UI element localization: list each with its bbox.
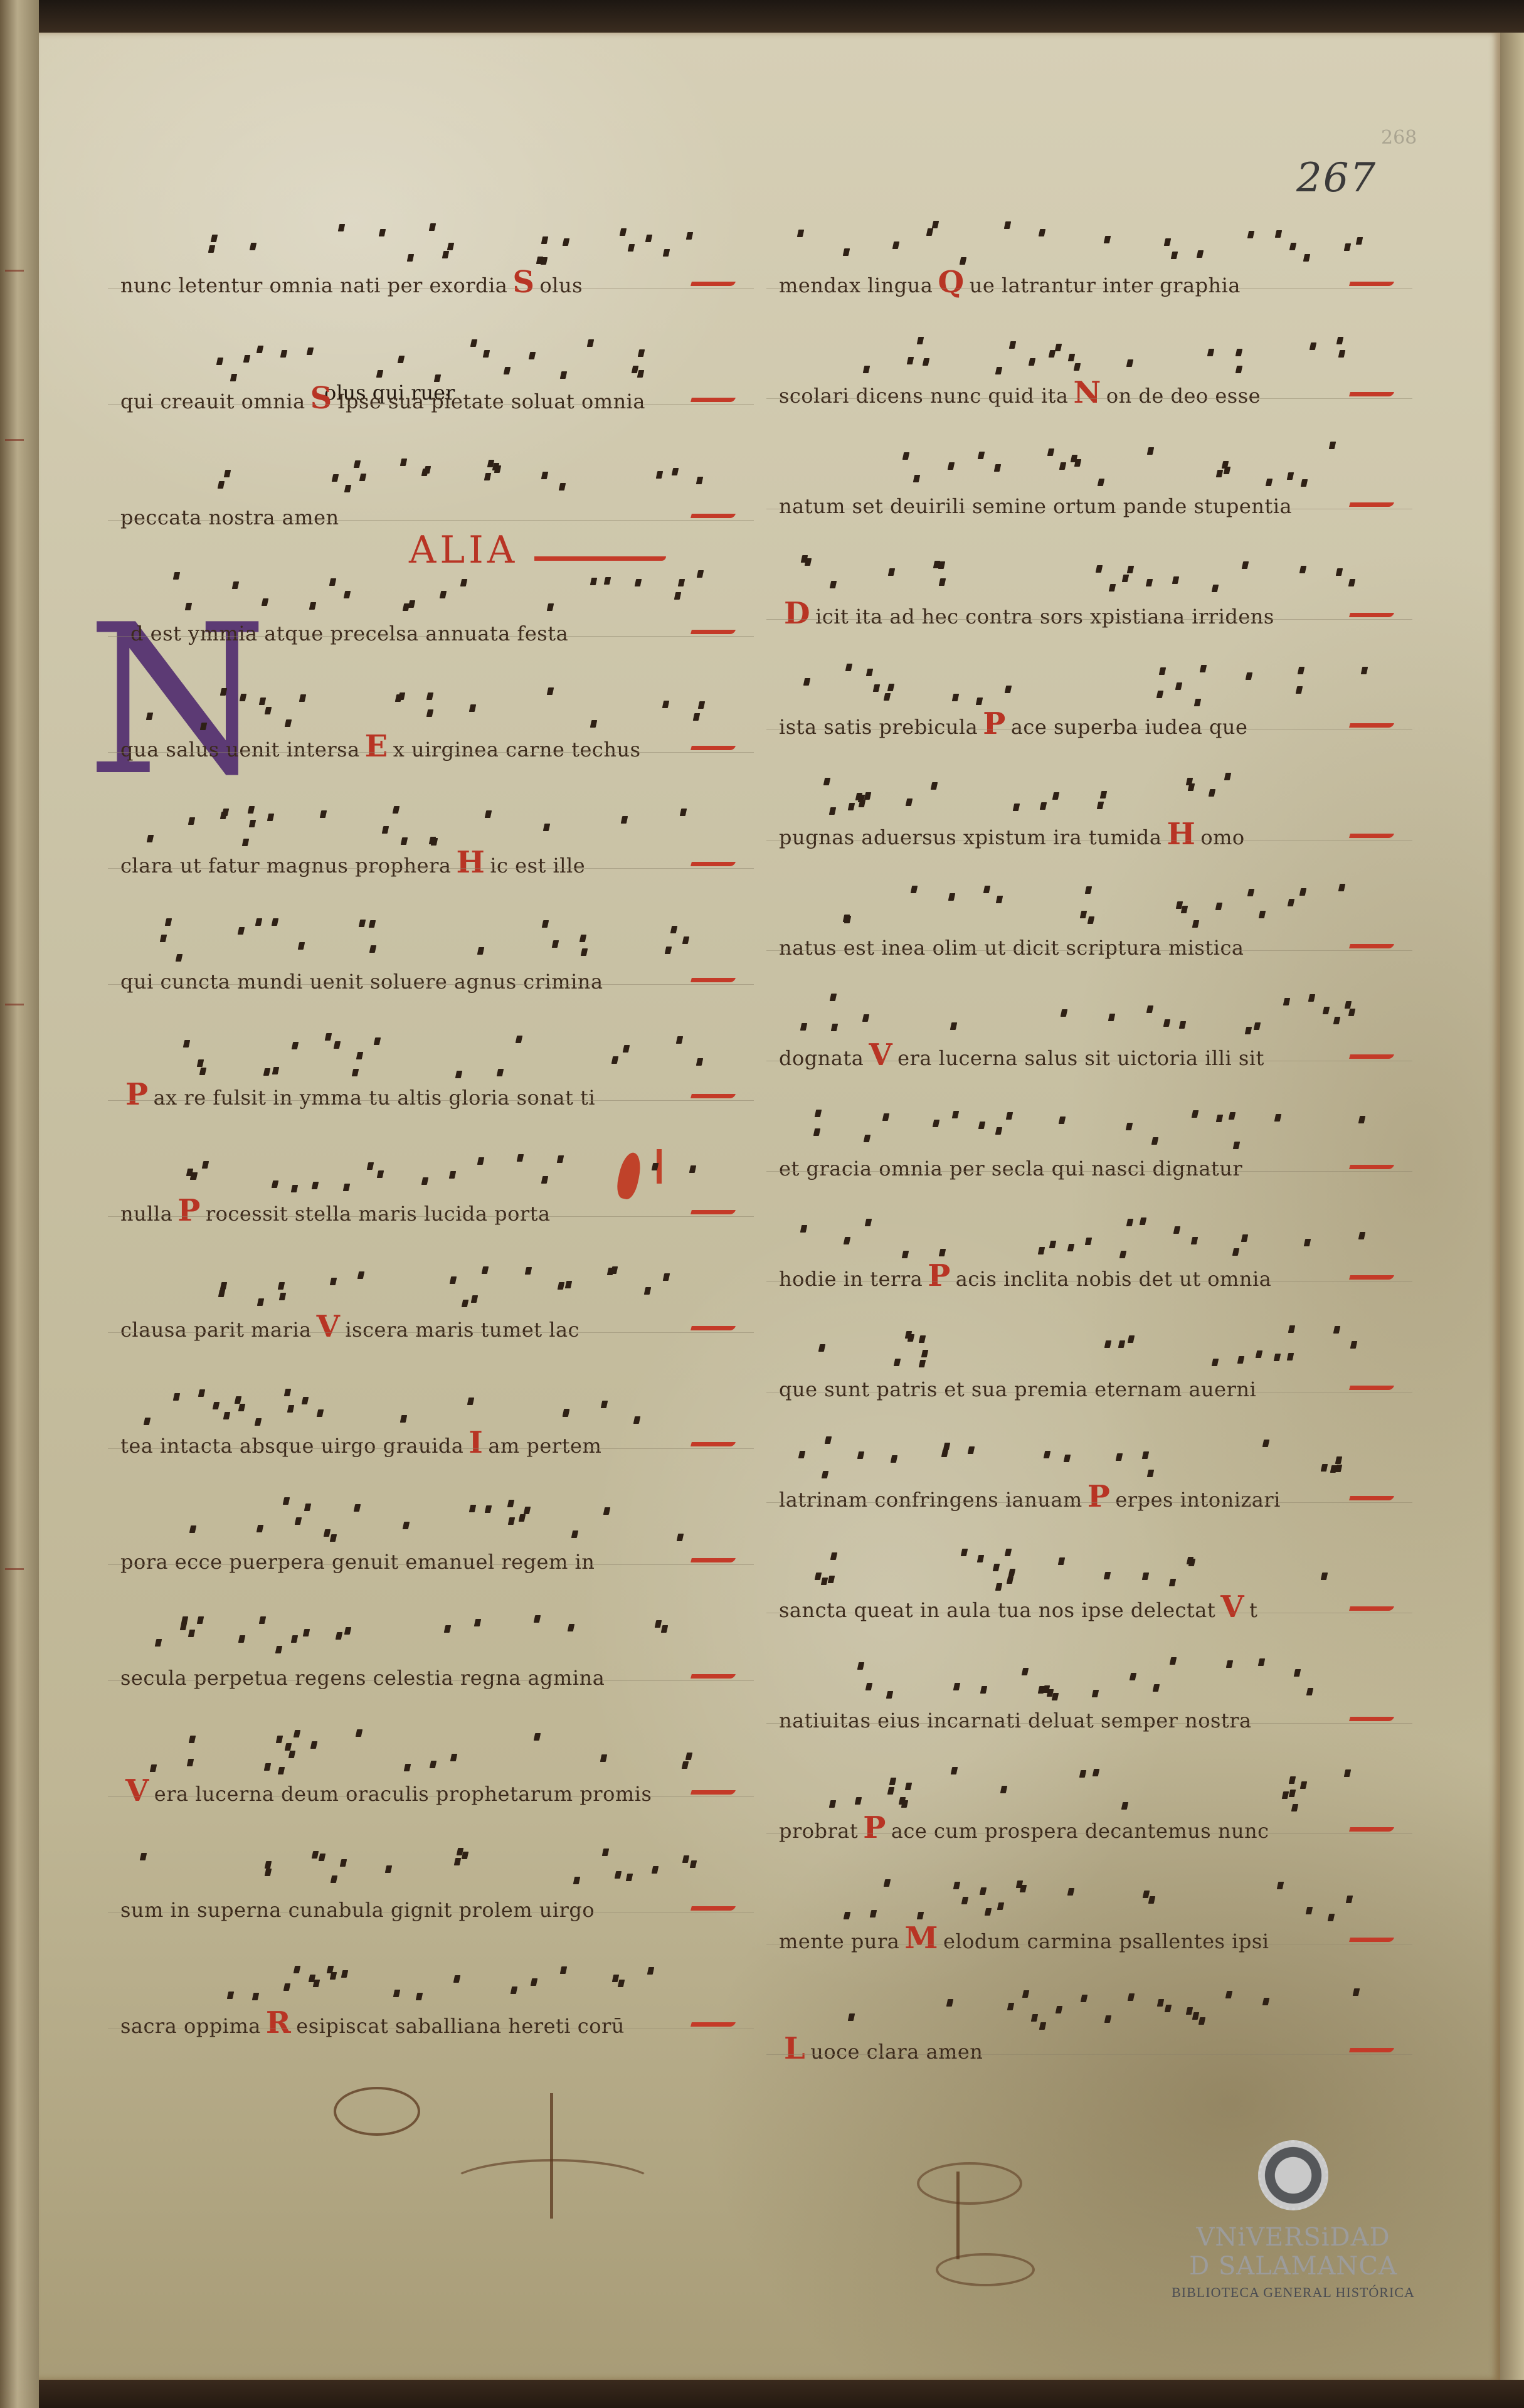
neume-notation <box>798 1546 1387 1589</box>
adjacent-page-edge <box>0 0 39 2408</box>
lyric-pre: nulla <box>120 1202 172 1226</box>
lyric-post: iscera maris tumet lac <box>345 1318 579 1342</box>
neume-notation <box>139 337 729 381</box>
text-line: qui creauit omniaSIpse sua pietate solua… <box>120 331 748 406</box>
text-line: hodie in terraPacis inclita nobis det ut… <box>779 1208 1406 1283</box>
ruling-line <box>766 288 1412 289</box>
neume-notation <box>798 1656 1387 1700</box>
lyric-text: hodie in terraPacis inclita nobis det ut… <box>779 1258 1271 1283</box>
text-line: d est ymmia atque precelsa annuata festa <box>120 563 748 638</box>
line-end-rubric <box>691 1326 736 1330</box>
lyric-text: probratPace cum prospera decantemus nunc <box>779 1810 1269 1835</box>
neume-notation <box>139 1961 729 2005</box>
ruling-line <box>766 1944 1412 1944</box>
line-end-rubric <box>691 1558 736 1562</box>
ruling-line <box>108 636 754 637</box>
lyric-pre: qui cuncta mundi uenit soluere agnus cri… <box>120 970 603 994</box>
text-line: mente puraMelodum carmina psallentes ips… <box>779 1870 1406 1946</box>
text-line: que sunt patris et sua premia eternam au… <box>779 1318 1406 1394</box>
text-line: probratPace cum prospera decantemus nunc <box>779 1760 1406 1835</box>
text-line: ista satis prebiculaPace superba iudea q… <box>779 656 1406 731</box>
text-line: latrinam confringens ianuamPerpes intoni… <box>779 1429 1406 1504</box>
text-line: peccata nostra amen <box>120 447 748 522</box>
folio-number: 267 <box>1296 155 1377 201</box>
line-end-rubric <box>1349 1165 1394 1169</box>
rubric-initial: L <box>784 2031 805 2066</box>
lyric-text: secula perpetua regens celestia regna ag… <box>120 1657 615 1682</box>
line-end-rubric <box>1349 834 1394 838</box>
lyric-post: ic est ille <box>490 854 585 878</box>
lyric-post: am pertem <box>488 1434 601 1458</box>
neume-notation <box>139 1033 729 1077</box>
line-end-rubric <box>1349 502 1394 507</box>
line-end-rubric <box>1349 1717 1394 1721</box>
ruling-line <box>766 1061 1412 1061</box>
ruling-line <box>108 1448 754 1449</box>
neume-notation <box>139 1845 729 1889</box>
neume-notation <box>139 1149 729 1193</box>
neume-notation <box>798 1766 1387 1810</box>
pen-doodle <box>936 2253 1035 2286</box>
text-line: clara ut fatur magnus propheraHic est il… <box>120 795 748 870</box>
ruling-line <box>108 1100 754 1101</box>
lyric-post: on de deo esse <box>1106 384 1261 408</box>
lyric-pre: qui creauit omnia <box>120 390 305 413</box>
lyric-pre: qua salus uenit intersa <box>120 738 360 761</box>
lyric-text: mendax linguaQue latrantur inter graphia <box>779 265 1241 290</box>
rubric-initial: S <box>512 265 534 300</box>
neume-notation <box>798 773 1387 817</box>
text-line: Pax re fulsit in ymma tu altis gloria so… <box>120 1027 748 1102</box>
lyric-text: natiuitas eius incarnati deluat semper n… <box>779 1700 1262 1725</box>
rubric-initial: P <box>177 1193 201 1228</box>
rubric-line <box>534 556 666 561</box>
text-line: scolari dicens nunc quid itaNon de deo e… <box>779 325 1406 400</box>
watermark-line1: VNiVERSiDAD <box>1162 2223 1425 2252</box>
lyric-pre: natiuitas eius incarnati deluat semper n… <box>779 1709 1252 1732</box>
rubric-initial: S <box>310 381 332 416</box>
lyric-post: rocessit stella maris lucida porta <box>206 1202 551 1226</box>
text-line: qua salus uenit intersaEx uirginea carne… <box>120 679 748 754</box>
neume-notation <box>798 1987 1387 2031</box>
neume-notation <box>139 1497 729 1541</box>
page-edge-right <box>1500 33 1524 2380</box>
line-end-rubric <box>1349 1275 1394 1280</box>
lyric-text: natum set deuirili semine ortum pande st… <box>779 485 1302 511</box>
neume-notation <box>139 685 729 729</box>
text-line: pugnas aduersus xpistum ira tumidaHomo <box>779 766 1406 842</box>
lyric-text: et gracia omnia per secla qui nasci dign… <box>779 1148 1252 1173</box>
ruling-line <box>108 984 754 985</box>
rubric-initial: P <box>983 706 1006 741</box>
rubric-initial: V <box>1220 1589 1244 1625</box>
rubric-initial: I <box>468 1425 483 1460</box>
lyric-text: tea intacta absque uirgo grauidaIam pert… <box>120 1425 601 1450</box>
line-end-rubric <box>1349 392 1394 396</box>
pen-doodle <box>334 2087 420 2136</box>
text-line: sancta queat in aula tua nos ipse delect… <box>779 1539 1406 1615</box>
neume-notation <box>798 221 1387 265</box>
lyric-pre: tea intacta absque uirgo grauida <box>120 1434 463 1458</box>
ruling-line <box>108 1796 754 1797</box>
rubric-initial: H <box>1167 817 1195 852</box>
neume-notation <box>798 552 1387 596</box>
lyric-pre: sacra oppima <box>120 2014 261 2038</box>
lyric-post: ue latrantur inter graphia <box>970 273 1241 297</box>
text-line: Dicit ita ad hec contra sors xpistiana i… <box>779 546 1406 621</box>
ruling-line <box>108 2029 754 2029</box>
lyric-text: ista satis prebiculaPace superba iudea q… <box>779 706 1247 731</box>
lyric-pre: sum in superna cunabula gignit prolem ui… <box>120 1898 595 1922</box>
line-end-rubric <box>691 282 736 286</box>
ruling-line <box>108 868 754 869</box>
ruling-line <box>108 1912 754 1913</box>
neume-notation <box>798 442 1387 485</box>
line-end-rubric <box>1349 282 1394 286</box>
lyric-pre: clara ut fatur magnus prophera <box>120 854 451 878</box>
university-seal-icon <box>1258 2140 1328 2210</box>
line-end-rubric <box>691 1906 736 1911</box>
ruling-line <box>108 404 754 405</box>
lyric-pre: pora ecce puerpera genuit emanuel regem … <box>120 1550 595 1574</box>
line-end-rubric <box>691 978 736 982</box>
lyric-text: Luoce clara amen <box>779 2031 983 2056</box>
lyric-pre: ista satis prebicula <box>779 715 978 739</box>
line-end-rubric <box>1349 1054 1394 1059</box>
lyric-pre: natus est inea olim ut dicit scriptura m… <box>779 936 1244 960</box>
text-line: et gracia omnia per secla qui nasci dign… <box>779 1098 1406 1173</box>
ruling-line <box>766 398 1412 399</box>
line-end-rubric <box>691 1674 736 1679</box>
lyric-pre: sancta queat in aula tua nos ipse delect… <box>779 1598 1215 1622</box>
neume-notation <box>139 801 729 845</box>
lyric-text: clausa parit mariaViscera maris tumet la… <box>120 1309 579 1334</box>
lyric-text: sacra oppimaResipiscat saballiana hereti… <box>120 2005 625 2030</box>
ruling-line <box>766 1171 1412 1172</box>
library-watermark: VNiVERSiDAD D SALAMANCA BIBLIOTECA GENER… <box>1162 2140 1425 2301</box>
lyric-post: esipiscat saballiana hereti corū <box>296 2014 625 2038</box>
rubric-initial: V <box>317 1309 341 1344</box>
lyric-post: era lucerna deum oraculis prophetarum pr… <box>154 1782 652 1806</box>
pen-doodle <box>956 2172 960 2259</box>
line-end-rubric <box>1349 1938 1394 1942</box>
text-line: secula perpetua regens celestia regna ag… <box>120 1607 748 1682</box>
neume-notation <box>798 1325 1387 1369</box>
lyric-post: omo <box>1200 825 1244 849</box>
lyric-pre: natum set deuirili semine ortum pande st… <box>779 494 1292 518</box>
neume-notation <box>139 917 729 961</box>
lyric-text: que sunt patris et sua premia eternam au… <box>779 1369 1266 1394</box>
lyric-text: scolari dicens nunc quid itaNon de deo e… <box>779 375 1261 400</box>
line-end-rubric <box>1349 723 1394 728</box>
lyric-post: x uirginea carne techus <box>393 738 641 761</box>
neume-notation <box>139 569 729 613</box>
text-line: sum in superna cunabula gignit prolem ui… <box>120 1839 748 1914</box>
rubric-initial: D <box>784 596 810 631</box>
rubric-initial: H <box>456 845 485 880</box>
line-end-rubric <box>1349 944 1394 948</box>
lyric-pre: dognata <box>779 1046 864 1070</box>
neume-notation <box>798 1435 1387 1479</box>
ruling-line <box>766 1833 1412 1834</box>
lyric-text: qui cuncta mundi uenit soluere agnus cri… <box>120 961 613 986</box>
lyric-text: pora ecce puerpera genuit emanuel regem … <box>120 1541 605 1566</box>
folio-number-old: 268 <box>1381 127 1417 149</box>
ruling-line <box>108 1564 754 1565</box>
rubric-initial: N <box>1073 375 1101 410</box>
lyric-pre: mendax lingua <box>779 273 933 297</box>
neume-notation <box>139 1265 729 1309</box>
text-line: pora ecce puerpera genuit emanuel regem … <box>120 1491 748 1566</box>
text-line: tea intacta absque uirgo grauidaIam pert… <box>120 1375 748 1450</box>
line-end-rubric <box>1349 1386 1394 1390</box>
line-end-rubric <box>1349 613 1394 617</box>
text-line: natus est inea olim ut dicit scriptura m… <box>779 877 1406 952</box>
lyric-pre: mente pura <box>779 1929 899 1953</box>
line-end-rubric <box>1349 1496 1394 1500</box>
binding-top <box>39 0 1524 33</box>
ruling-line <box>108 1216 754 1217</box>
lyric-pre: peccata nostra amen <box>120 506 339 529</box>
ruling-line <box>766 1723 1412 1724</box>
ruling-line <box>766 2054 1412 2055</box>
ruling-line <box>108 520 754 521</box>
lyric-post: era lucerna salus sit uictoria illi sit <box>897 1046 1264 1070</box>
lyric-pre: nunc letentur omnia nati per exordia <box>120 273 507 297</box>
ruling-line <box>766 840 1412 841</box>
lyric-pre: latrinam confringens ianuam <box>779 1488 1082 1512</box>
lyric-text: d est ymmia atque precelsa annuata festa <box>120 613 568 638</box>
pen-doodle <box>550 2093 553 2219</box>
neume-notation <box>139 1381 729 1425</box>
lyric-post: uoce clara amen <box>810 2040 983 2064</box>
rubric-initial: V <box>125 1773 149 1808</box>
lyric-text: Vera lucerna deum oraculis prophetarum p… <box>120 1773 652 1798</box>
text-line: nunc letentur omnia nati per exordiaSolu… <box>120 215 748 290</box>
binding-bottom <box>39 2380 1524 2408</box>
lyric-text: latrinam confringens ianuamPerpes intoni… <box>779 1479 1281 1504</box>
text-line: natum set deuirili semine ortum pande st… <box>779 435 1406 511</box>
lyric-text: mente puraMelodum carmina psallentes ips… <box>779 1921 1269 1946</box>
text-line: Luoce clara amen <box>779 1981 1406 2056</box>
line-end-rubric <box>691 1442 736 1446</box>
ruling-line <box>108 1680 754 1681</box>
lyric-text: dognataVera lucerna salus sit uictoria i… <box>779 1037 1264 1063</box>
lyric-post: olus <box>540 273 583 297</box>
rubric-initial: P <box>863 1810 886 1845</box>
lyric-post: d est ymmia atque precelsa annuata festa <box>130 622 568 645</box>
rubric-initial: V <box>869 1037 892 1073</box>
lyric-post: Ipse sua pietate soluat omnia <box>337 390 645 413</box>
text-line: clausa parit mariaViscera maris tumet la… <box>120 1259 748 1334</box>
lyric-pre: pugnas aduersus xpistum ira tumida <box>779 825 1162 849</box>
lyric-pre: secula perpetua regens celestia regna ag… <box>120 1666 605 1690</box>
lyric-text: Dicit ita ad hec contra sors xpistiana i… <box>779 596 1274 621</box>
text-line: nullaProcessit stella maris lucida porta <box>120 1143 748 1218</box>
ruling-line <box>766 619 1412 620</box>
lyric-text: sancta queat in aula tua nos ipse delect… <box>779 1589 1257 1615</box>
lyric-post: ax re fulsit in ymma tu altis gloria son… <box>154 1086 596 1110</box>
lyric-text: qua salus uenit intersaEx uirginea carne… <box>120 729 640 754</box>
text-line: qui cuncta mundi uenit soluere agnus cri… <box>120 911 748 986</box>
rubric-initial: P <box>1087 1479 1111 1514</box>
lyric-post: ace superba iudea que <box>1011 715 1248 739</box>
neume-notation <box>139 1613 729 1657</box>
neume-notation <box>798 331 1387 375</box>
lyric-text: natus est inea olim ut dicit scriptura m… <box>779 927 1254 952</box>
lyric-pre: scolari dicens nunc quid ita <box>779 384 1068 408</box>
lyric-pre: clausa parit maria <box>120 1318 312 1342</box>
rubric-initial: P <box>125 1077 149 1112</box>
rubric-initial: R <box>266 2005 291 2040</box>
line-end-rubric <box>691 746 736 750</box>
line-end-rubric <box>691 1210 736 1214</box>
neume-notation <box>798 1104 1387 1148</box>
neume-notation <box>798 662 1387 706</box>
lyric-post: ace cum prospera decantemus nunc <box>891 1819 1269 1843</box>
line-end-rubric <box>691 1094 736 1098</box>
lyric-text: qui creauit omniaSIpse sua pietate solua… <box>120 381 645 406</box>
parchment-leaf: 268 267 N olus qui ruer ALIA nunc letent… <box>39 33 1500 2380</box>
lyric-post: acis inclita nobis det ut omnia <box>956 1267 1271 1291</box>
line-end-rubric <box>691 514 736 518</box>
neume-notation <box>139 221 729 265</box>
lyric-text: sum in superna cunabula gignit prolem ui… <box>120 1889 605 1914</box>
ruling-line <box>108 752 754 753</box>
ruling-line <box>766 950 1412 951</box>
lyric-pre: et gracia omnia per secla qui nasci dign… <box>779 1157 1242 1180</box>
neume-notation <box>798 1214 1387 1258</box>
line-end-rubric <box>691 630 736 634</box>
lyric-pre: que sunt patris et sua premia eternam au… <box>779 1377 1256 1401</box>
watermark-line2: D SALAMANCA <box>1162 2252 1425 2281</box>
watermark-library: BIBLIOTECA GENERAL HISTÓRICA <box>1162 2284 1425 2301</box>
lyric-text: nullaProcessit stella maris lucida porta <box>120 1193 551 1218</box>
ruling-line <box>766 1613 1412 1613</box>
lyric-text: clara ut fatur magnus propheraHic est il… <box>120 845 585 870</box>
lyric-post: t <box>1249 1598 1257 1622</box>
line-end-rubric <box>691 398 736 402</box>
ruling-line <box>766 729 1412 730</box>
text-line: dognataVera lucerna salus sit uictoria i… <box>779 987 1406 1063</box>
text-line: sacra oppimaResipiscat saballiana hereti… <box>120 1955 748 2030</box>
text-line: mendax linguaQue latrantur inter graphia <box>779 215 1406 290</box>
lyric-text: pugnas aduersus xpistum ira tumidaHomo <box>779 817 1245 842</box>
line-end-rubric <box>1349 1606 1394 1611</box>
lyric-post: icit ita ad hec contra sors xpistiana ir… <box>815 605 1274 629</box>
lyric-post: elodum carmina psallentes ipsi <box>943 1929 1269 1953</box>
line-end-rubric <box>1349 2048 1394 2052</box>
line-end-rubric <box>691 2022 736 2027</box>
pen-doodle <box>917 2162 1022 2205</box>
text-line: Vera lucerna deum oraculis prophetarum p… <box>120 1723 748 1798</box>
lyric-pre: hodie in terra <box>779 1267 923 1291</box>
ruling-line <box>766 1281 1412 1282</box>
neume-notation <box>798 883 1387 927</box>
lyric-text: peccata nostra amen <box>120 497 349 522</box>
neume-notation <box>798 994 1387 1037</box>
neume-notation <box>798 1877 1387 1921</box>
rubric-initial: P <box>928 1258 951 1293</box>
lyric-text: Pax re fulsit in ymma tu altis gloria so… <box>120 1077 595 1102</box>
neume-notation <box>139 453 729 497</box>
ruling-line <box>766 1502 1412 1503</box>
rubric-initial: Q <box>938 265 964 300</box>
lyric-pre: probrat <box>779 1819 858 1843</box>
rubric-initial: E <box>365 729 388 764</box>
rubric-initial: M <box>904 1921 938 1956</box>
line-end-rubric <box>691 1790 736 1795</box>
line-end-rubric <box>1349 1827 1394 1832</box>
ruling-line <box>108 1332 754 1333</box>
ruling-line <box>766 1392 1412 1392</box>
text-line: natiuitas eius incarnati deluat semper n… <box>779 1650 1406 1725</box>
ruling-line <box>108 288 754 289</box>
lyric-post: erpes intonizari <box>1115 1488 1281 1512</box>
ruling-line <box>766 509 1412 509</box>
lyric-text: nunc letentur omnia nati per exordiaSolu… <box>120 265 583 290</box>
line-end-rubric <box>691 862 736 866</box>
neume-notation <box>139 1729 729 1773</box>
